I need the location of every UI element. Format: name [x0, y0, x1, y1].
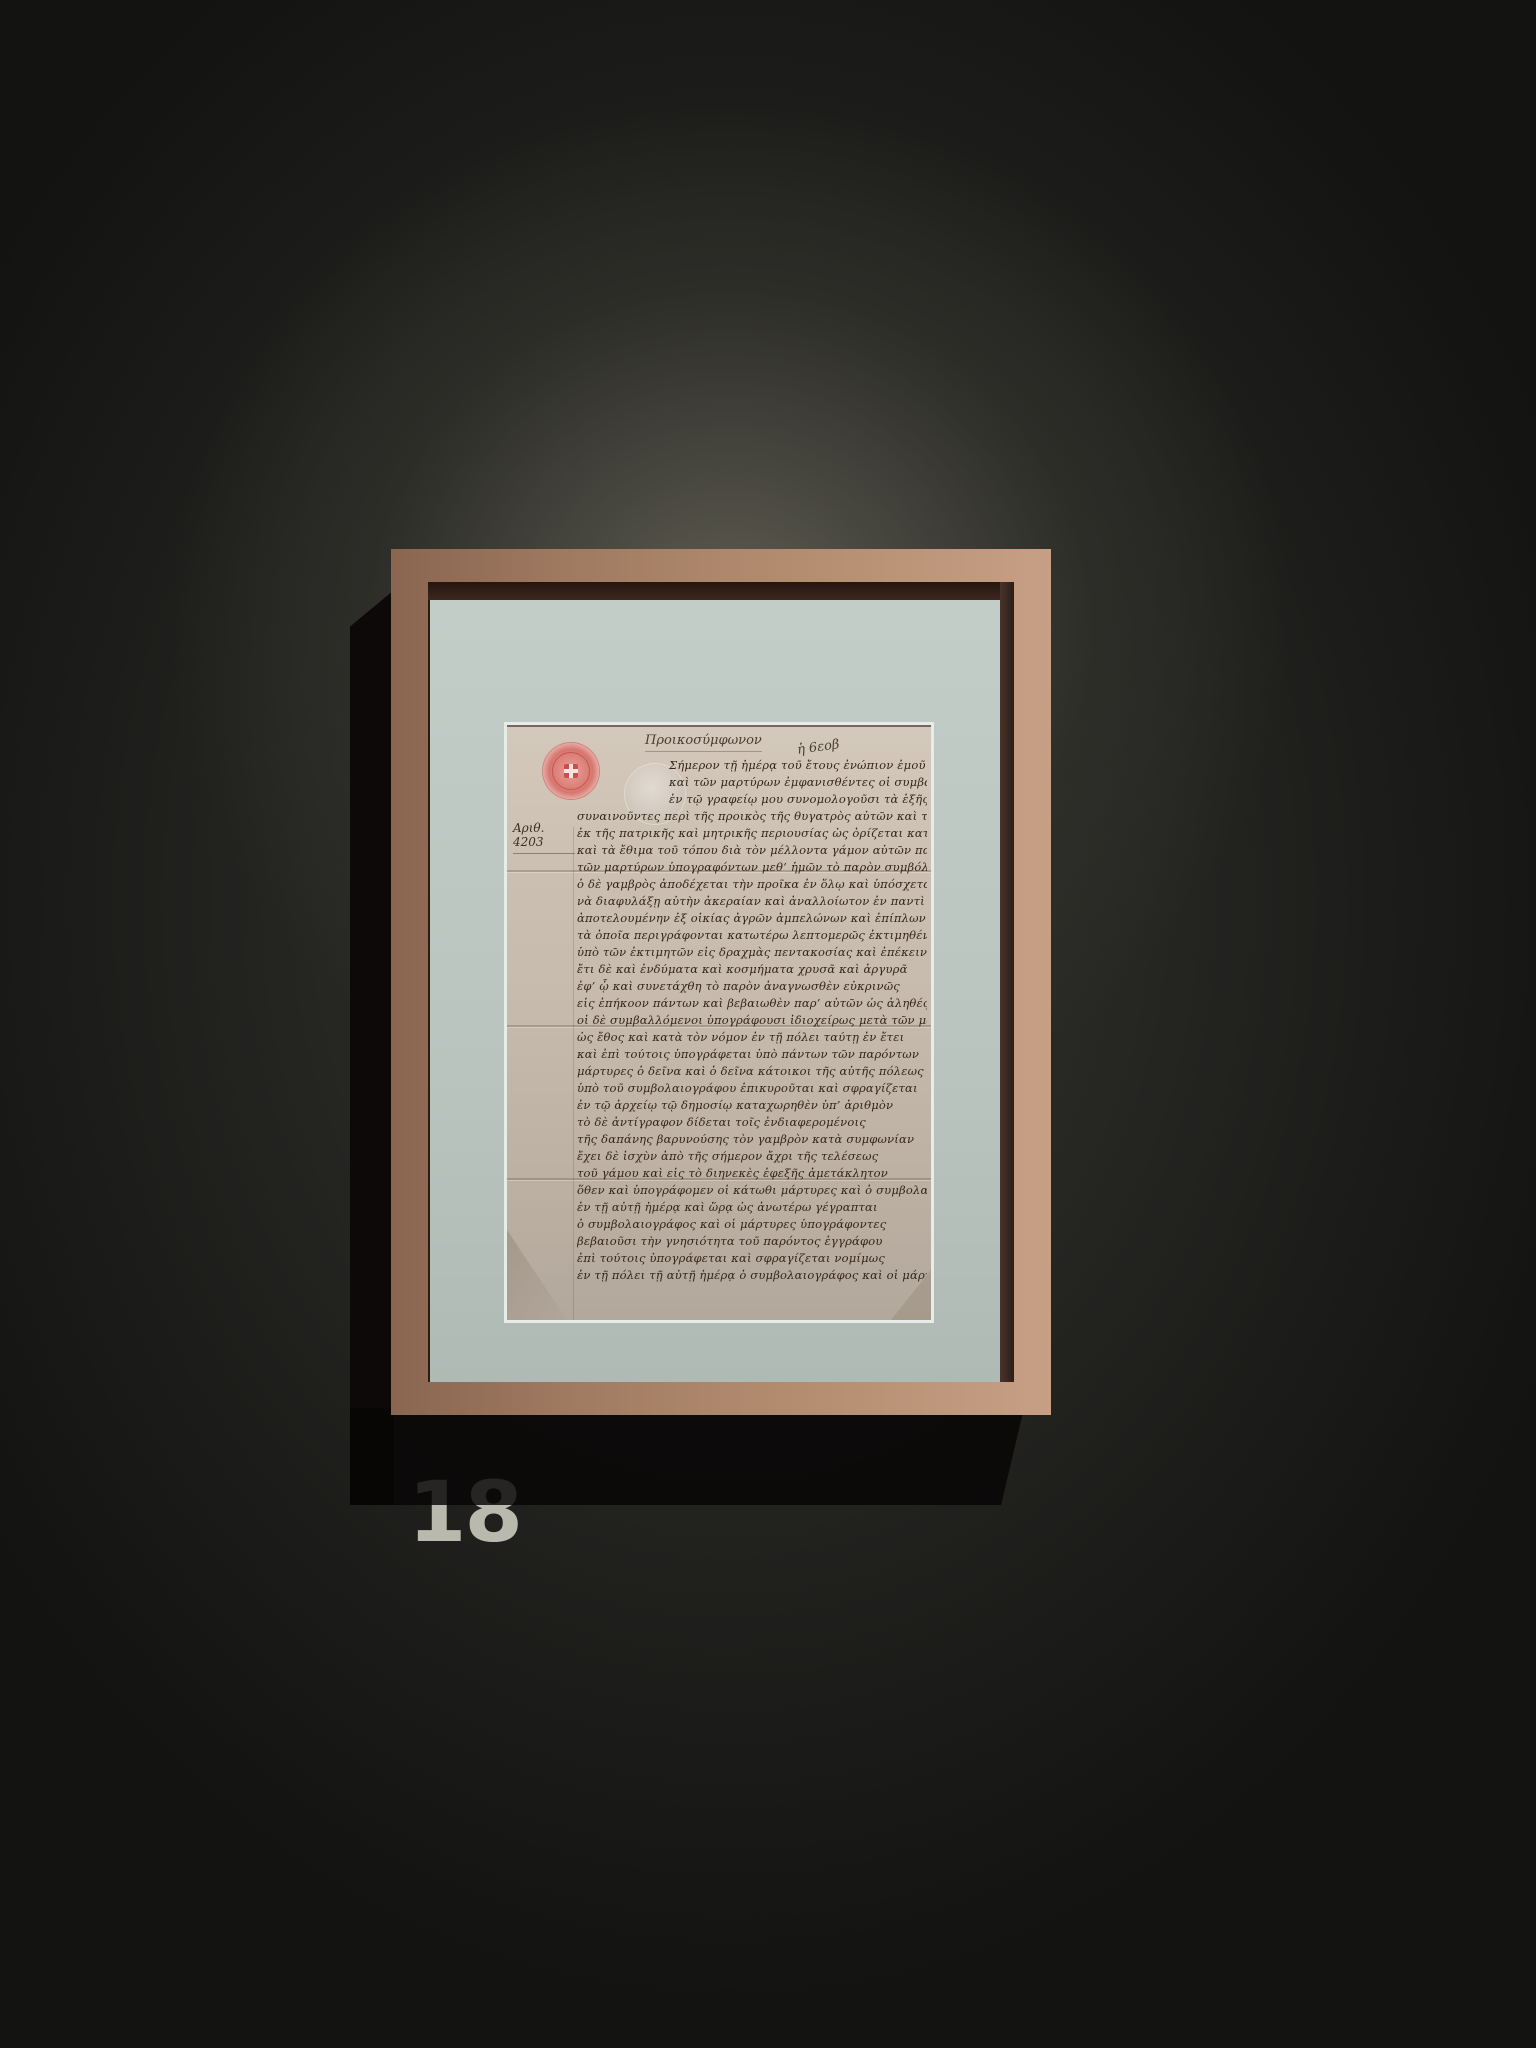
text-line: μάρτυρες ὁ δεῖνα καὶ ὁ δεῖνα κάτοικοι τῆ… — [577, 1063, 927, 1080]
frame-depth-top — [428, 582, 1014, 600]
text-line: οἱ δὲ συμβαλλόμενοι ὑπογράφουσι ἰδιοχείρ… — [577, 1012, 927, 1029]
text-line: ὑπὸ τοῦ συμβολαιογράφου ἐπικυροῦται καὶ … — [577, 1080, 927, 1097]
text-line: ὁ συμβολαιογράφος καὶ οἱ μάρτυρες ὑπογρά… — [577, 1216, 927, 1233]
text-line: καὶ τὰ ἔθιμα τοῦ τόπου διὰ τὸν μέλλοντα … — [577, 842, 927, 859]
text-line: ἔχει δὲ ἰσχὺν ἀπὸ τῆς σήμερον ἄχρι τῆς τ… — [577, 1148, 927, 1165]
text-line: νὰ διαφυλάξῃ αὐτὴν ἀκεραίαν καὶ ἀναλλοίω… — [577, 893, 927, 910]
text-line: ἀποτελουμένην ἐξ οἰκίας ἀγρῶν ἀμπελώνων … — [577, 910, 927, 927]
text-line: τῆς δαπάνης βαρυνούσης τὸν γαμβρὸν κατὰ … — [577, 1131, 927, 1148]
text-line: τῶν μαρτύρων ὑπογραφόντων μεθ’ ἡμῶν τὸ π… — [577, 859, 927, 876]
text-line: τὰ ὁποῖα περιγράφονται κατωτέρω λεπτομερ… — [577, 927, 927, 944]
text-line: τὸ δὲ ἀντίγραφον δίδεται τοῖς ἐνδιαφερομ… — [577, 1114, 927, 1131]
text-line: ὅθεν καὶ ὑπογράφομεν οἱ κάτωθι μάρτυρες … — [577, 1182, 927, 1199]
text-line: τοῦ γάμου καὶ εἰς τὸ διηνεκὲς ἐφεξῆς ἀμε… — [577, 1165, 927, 1182]
text-line: Σήμερον τῇ ἡμέρᾳ τοῦ ἔτους ἐνώπιον ἐμοῦ … — [577, 757, 927, 774]
passe-partout-mat: Προικοσύμφωνον ἡ 6εοβ Αριθ. 4203 Σήμερον… — [430, 600, 1000, 1382]
text-line: καὶ ἐπὶ τούτοις ὑπογράφεται ὑπὸ πάντων τ… — [577, 1046, 927, 1063]
text-line: συναινοῦντες περὶ τῆς προικὸς τῆς θυγατρ… — [577, 808, 927, 825]
text-line: ἐν τῷ γραφείῳ μου συνομολογοῦσι τὰ ἑξῆς … — [577, 791, 927, 808]
frame-depth-right — [1000, 582, 1014, 1382]
text-line: ἐν τῷ ἀρχείῳ τῷ δημοσίῳ καταχωρηθὲν ὑπ’ … — [577, 1097, 927, 1114]
cross-icon — [564, 764, 578, 778]
text-line: ὑπὸ τῶν ἐκτιμητῶν εἰς δραχμὰς πεντακοσία… — [577, 944, 927, 961]
text-line: ἐπὶ τούτοις ὑπογράφεται καὶ σφραγίζεται … — [577, 1250, 927, 1267]
exhibit-number-label: 18 — [408, 1470, 521, 1554]
frame-shadow-left — [350, 590, 394, 1505]
text-line: ἐφ’ ᾧ καὶ συνετάχθη τὸ παρὸν ἀναγνωσθὲν … — [577, 978, 927, 995]
handwritten-text-body: Σήμερον τῇ ἡμέρᾳ τοῦ ἔτους ἐνώπιον ἐμοῦ … — [577, 757, 927, 1284]
margin-fold-line — [573, 827, 574, 1320]
document-heading: Προικοσύμφωνον — [645, 733, 762, 752]
text-line: ἐν τῇ αὐτῇ ἡμέρᾳ καὶ ὥρᾳ ὡς ἀνωτέρω γέγρ… — [577, 1199, 927, 1216]
text-line: εἰς ἐπήκοον πάντων καὶ βεβαιωθὲν παρ’ αὐ… — [577, 995, 927, 1012]
frame-inner-recess: Προικοσύμφωνον ἡ 6εοβ Αριθ. 4203 Σήμερον… — [428, 582, 1014, 1382]
text-line: ἐκ τῆς πατρικῆς καὶ μητρικῆς περιουσίας … — [577, 825, 927, 842]
document-reference-number: Αριθ. 4203 — [513, 821, 575, 854]
text-line: ἐν τῇ πόλει τῇ αὐτῇ ἡμέρᾳ ὁ συμβολαιογρά… — [577, 1267, 927, 1284]
handwritten-document: Προικοσύμφωνον ἡ 6εοβ Αριθ. 4203 Σήμερον… — [507, 725, 931, 1320]
text-line: βεβαιοῦσι τὴν γνησιότητα τοῦ παρόντος ἐγ… — [577, 1233, 927, 1250]
wooden-picture-frame: Προικοσύμφωνον ἡ 6εοβ Αριθ. 4203 Σήμερον… — [391, 549, 1051, 1415]
text-line: ὡς ἔθος καὶ κατὰ τὸν νόμον ἐν τῇ πόλει τ… — [577, 1029, 927, 1046]
text-line: καὶ τῶν μαρτύρων ἐμφανισθέντες οἱ συμβαλ… — [577, 774, 927, 791]
text-line: ἔτι δὲ καὶ ἐνδύματα καὶ κοσμήματα χρυσᾶ … — [577, 961, 927, 978]
text-line: ὁ δὲ γαμβρὸς ἀποδέχεται τὴν προῖκα ἐν ὅλ… — [577, 876, 927, 893]
folded-corner-left — [507, 1230, 567, 1320]
document-corner-note: ἡ 6εοβ — [796, 737, 840, 758]
